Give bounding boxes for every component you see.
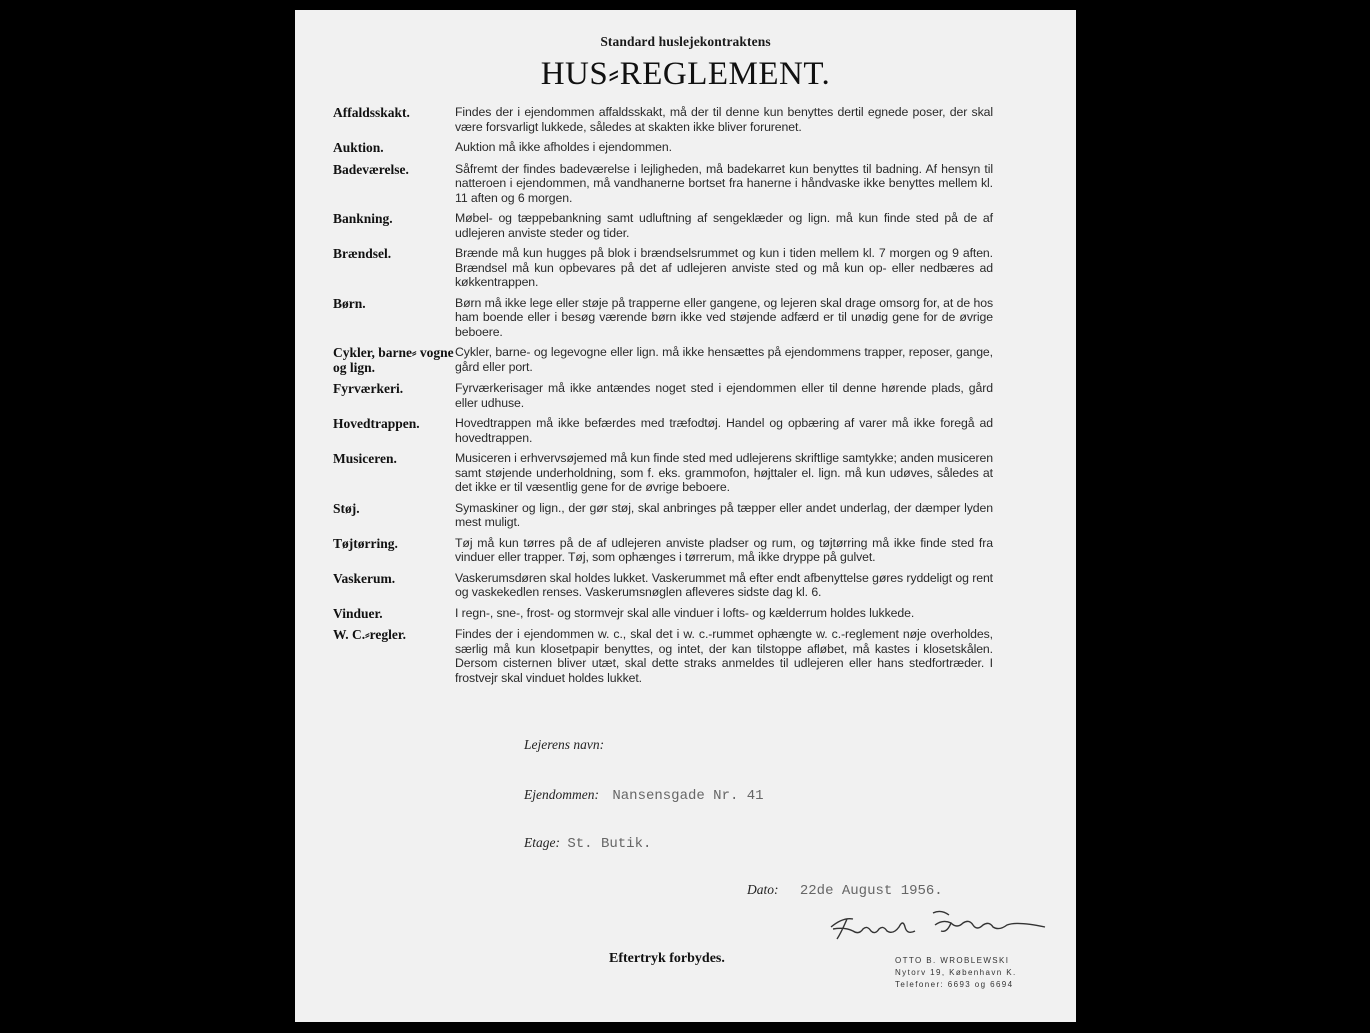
property-label: Ejendommen: (524, 787, 599, 802)
rule-term: Tøjtørring. (333, 536, 455, 565)
rule-text: Cykler, barne- og legevogne eller lign. … (455, 345, 993, 375)
date-value: 22de August 1956. (800, 883, 943, 899)
printer-phone: Telefoner: 6693 og 6694 (895, 979, 1017, 991)
rule-text: Auktion må ikke afholdes i ejendommen. (455, 140, 993, 156)
rule-term: Børn. (333, 296, 455, 340)
rule-item: Badeværelse.Såfremt der findes badeværel… (333, 162, 993, 206)
rule-item: W. C.⸗regler.Findes der i ejendommen w. … (333, 627, 993, 685)
rule-text: Findes der i ejendommen w. c., skal det … (455, 627, 993, 685)
date-label: Dato: (747, 882, 779, 897)
rules-list: Affaldsskakt.Findes der i ejendommen aff… (333, 105, 993, 691)
rule-text: Hovedtrappen må ikke befærdes med træfod… (455, 416, 993, 445)
rule-term: Fyrværkeri. (333, 381, 455, 410)
printer-address: Nytorv 19, København K. (895, 967, 1017, 979)
rule-item: Tøjtørring.Tøj må kun tørres på de af ud… (333, 536, 993, 565)
property-field: Ejendommen: Nansensgade Nr. 41 (524, 787, 764, 804)
rule-text: Brænde må kun hugges på blok i brændsels… (455, 246, 993, 290)
rule-text: Møbel- og tæppebankning samt udluftning … (455, 211, 993, 240)
date-field: Dato: 22de August 1956. (747, 882, 943, 899)
rule-item: Musiceren.Musiceren i erhvervsøjemed må … (333, 451, 993, 495)
rule-item: Affaldsskakt.Findes der i ejendommen aff… (333, 105, 993, 134)
rule-item: Børn.Børn må ikke lege eller støje på tr… (333, 296, 993, 340)
rule-text: Findes der i ejendommen affaldsskakt, må… (455, 105, 993, 134)
rule-text: Musiceren i erhvervsøjemed må kun finde … (455, 451, 993, 495)
rule-item: Bankning.Møbel- og tæppebankning samt ud… (333, 211, 993, 240)
property-value: Nansensgade Nr. 41 (612, 788, 763, 804)
rule-item: Vinduer.I regn-, sne-, frost- og stormve… (333, 606, 993, 622)
rule-term: Bankning. (333, 211, 455, 240)
rule-item: Cykler, barne⸗ vogne og lign.Cykler, bar… (333, 345, 993, 375)
rule-item: Fyrværkeri.Fyrværkerisager må ikke antæn… (333, 381, 993, 410)
rule-term: Vinduer. (333, 606, 455, 622)
rule-item: Brændsel.Brænde må kun hugges på blok i … (333, 246, 993, 290)
rule-term: Musiceren. (333, 451, 455, 495)
printer-imprint: OTTO B. WROBLEWSKI Nytorv 19, København … (895, 955, 1017, 991)
tenant-name-label: Lejerens navn: (524, 737, 604, 752)
rule-text: Tøj må kun tørres på de af udlejeren anv… (455, 536, 993, 565)
rule-term: Auktion. (333, 140, 455, 156)
rule-item: Hovedtrappen.Hovedtrappen må ikke befærd… (333, 416, 993, 445)
rule-text: Såfremt der findes badeværelse i lejligh… (455, 162, 993, 206)
rule-term: Affaldsskakt. (333, 105, 455, 134)
document-title: HUS⸗REGLEMENT. (295, 56, 1076, 93)
printer-name: OTTO B. WROBLEWSKI (895, 955, 1017, 967)
rule-item: Vaskerum.Vaskerumsdøren skal holdes lukk… (333, 571, 993, 600)
floor-label: Etage: (524, 835, 560, 850)
rule-item: Auktion.Auktion må ikke afholdes i ejend… (333, 140, 993, 156)
floor-value: St. Butik. (567, 836, 651, 852)
rule-term: Støj. (333, 501, 455, 530)
rule-text: Symaskiner og lign., der gør støj, skal … (455, 501, 993, 530)
floor-field: Etage: St. Butik. (524, 835, 651, 852)
rule-term: Vaskerum. (333, 571, 455, 600)
handwritten-signature-icon (823, 905, 1053, 945)
rule-text: I regn-, sne-, frost- og stormvejr skal … (455, 606, 993, 622)
tenant-name-field: Lejerens navn: (524, 737, 614, 754)
document-subtitle: Standard huslejekontraktens (295, 34, 1076, 50)
reprint-notice: Eftertryk forbydes. (609, 951, 725, 967)
rule-text: Vaskerumsdøren skal holdes lukket. Vaske… (455, 571, 993, 600)
rule-term: Badeværelse. (333, 162, 455, 206)
rule-term: Brændsel. (333, 246, 455, 290)
rule-item: Støj.Symaskiner og lign., der gør støj, … (333, 501, 993, 530)
rule-term: W. C.⸗regler. (333, 627, 455, 685)
rule-term: Cykler, barne⸗ vogne og lign. (333, 345, 455, 375)
document-page: Standard huslejekontraktens HUS⸗REGLEMEN… (295, 10, 1076, 1022)
rule-term: Hovedtrappen. (333, 416, 455, 445)
rule-text: Fyrværkerisager må ikke antændes noget s… (455, 381, 993, 410)
rule-text: Børn må ikke lege eller støje på trapper… (455, 296, 993, 340)
